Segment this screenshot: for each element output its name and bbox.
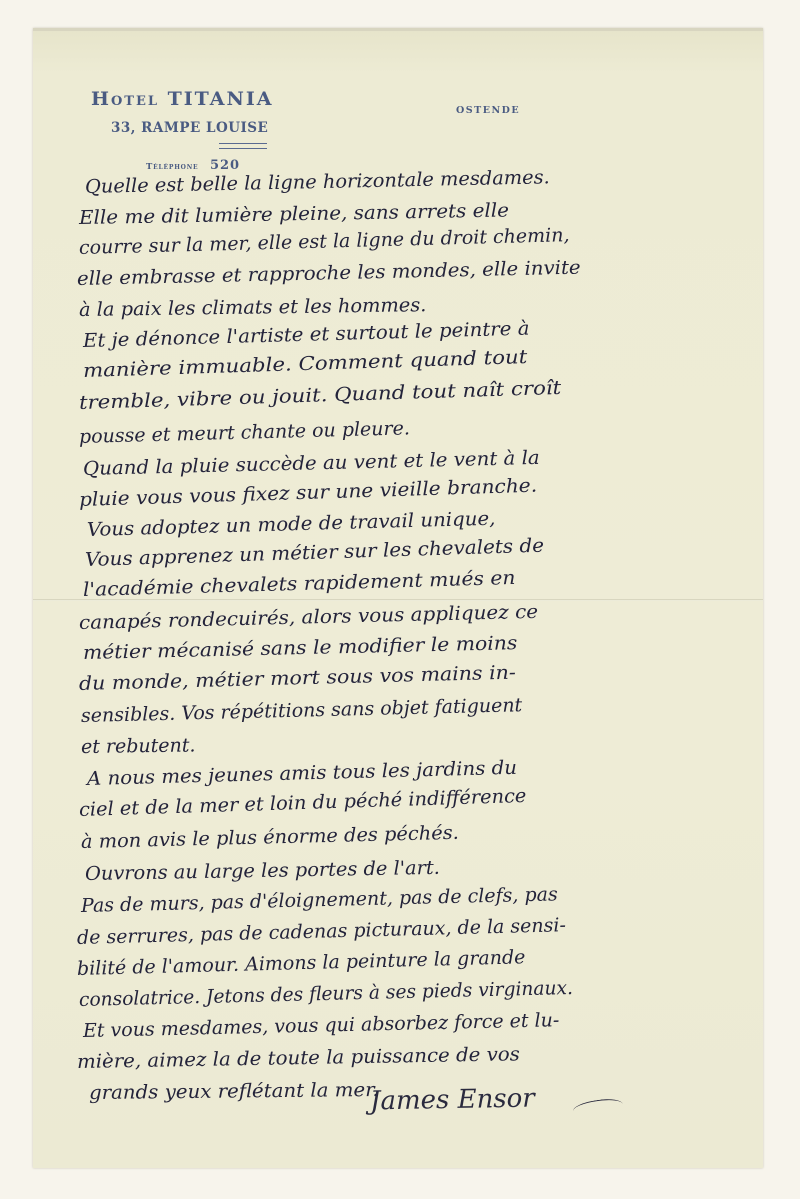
letter-line: grands yeux reflétant la mer. bbox=[89, 1079, 379, 1104]
hotel-name: Hotel TITANIA bbox=[91, 88, 273, 110]
letter-line: Elle me dit lumière pleine, sans arrets … bbox=[79, 199, 509, 229]
letter-line: Vous adoptez un mode de travail unique, bbox=[87, 508, 496, 541]
letter-line: sensibles. Vos répétitions sans objet fa… bbox=[81, 694, 523, 727]
signature: James Ensor bbox=[370, 1084, 535, 1117]
letter-line: manière immuable. Comment quand tout bbox=[83, 346, 528, 382]
letter-line: ciel et de la mer et loin du péché indif… bbox=[79, 785, 527, 821]
letter-line: Quand la pluie succède au vent et le ven… bbox=[83, 447, 540, 480]
letter-line: Vous apprenez un métier sur les chevalet… bbox=[85, 535, 545, 571]
letter-line: bilité de l'amour. Aimons la peinture la… bbox=[77, 946, 526, 980]
letter-line: tremble, vibre ou jouit. Quand tout naît… bbox=[79, 377, 562, 414]
telephone-label: Téléphone bbox=[146, 162, 198, 172]
letter-line: pluie vous vous fixez sur une vieille br… bbox=[79, 475, 538, 511]
letter-line: canapés rondecuirés, alors vous applique… bbox=[79, 601, 539, 634]
letter-line: de serrures, pas de cadenas picturaux, d… bbox=[77, 914, 566, 949]
letter-line: l'académie chevalets rapidement mués en bbox=[83, 567, 516, 601]
letter-line: elle embrasse et rapproche les mondes, e… bbox=[77, 257, 581, 290]
letterhead: Hotel TITANIA 33, RAMPE LOUISE OSTENDE T… bbox=[33, 28, 763, 178]
letter-line: et rebutent. bbox=[81, 734, 196, 758]
hotel-city: OSTENDE bbox=[456, 105, 520, 116]
signature-flourish bbox=[572, 1097, 624, 1119]
letter-line: consolatrice. Jetons des fleurs à ses pi… bbox=[79, 977, 573, 1011]
telephone-number: 520 bbox=[210, 158, 240, 173]
letter-line: à la paix les climats et les hommes. bbox=[79, 294, 427, 321]
letter-line: métier mécanisé sans le modifier le moin… bbox=[83, 632, 518, 664]
letter-line: Ouvrons au large les portes de l'art. bbox=[85, 857, 440, 885]
letter-line: mière, aimez la de toute la puissance de… bbox=[77, 1043, 520, 1073]
letter-line: du monde, métier mort sous vos mains in- bbox=[79, 662, 516, 695]
telephone: Téléphone 520 bbox=[146, 154, 240, 173]
letter-line: à mon avis le plus énorme des péchés. bbox=[81, 822, 459, 853]
letter-line: courre sur la mer, elle est la ligne du … bbox=[79, 224, 570, 259]
letter-paper: Hotel TITANIA 33, RAMPE LOUISE OSTENDE T… bbox=[33, 28, 763, 1168]
letter-line: pousse et meurt chante ou pleure. bbox=[79, 417, 410, 448]
letter-line: Pas de murs, pas d'éloignement, pas de c… bbox=[81, 883, 558, 917]
hotel-address: 33, RAMPE LOUISE bbox=[111, 120, 268, 136]
letterhead-divider bbox=[219, 143, 267, 149]
letter-line: Et vous mesdames, vous qui absorbez forc… bbox=[83, 1009, 560, 1042]
letter-line: Et je dénonce l'artiste et surtout le pe… bbox=[83, 318, 530, 352]
letter-line: A nous mes jeunes amis tous les jardins … bbox=[87, 757, 518, 790]
